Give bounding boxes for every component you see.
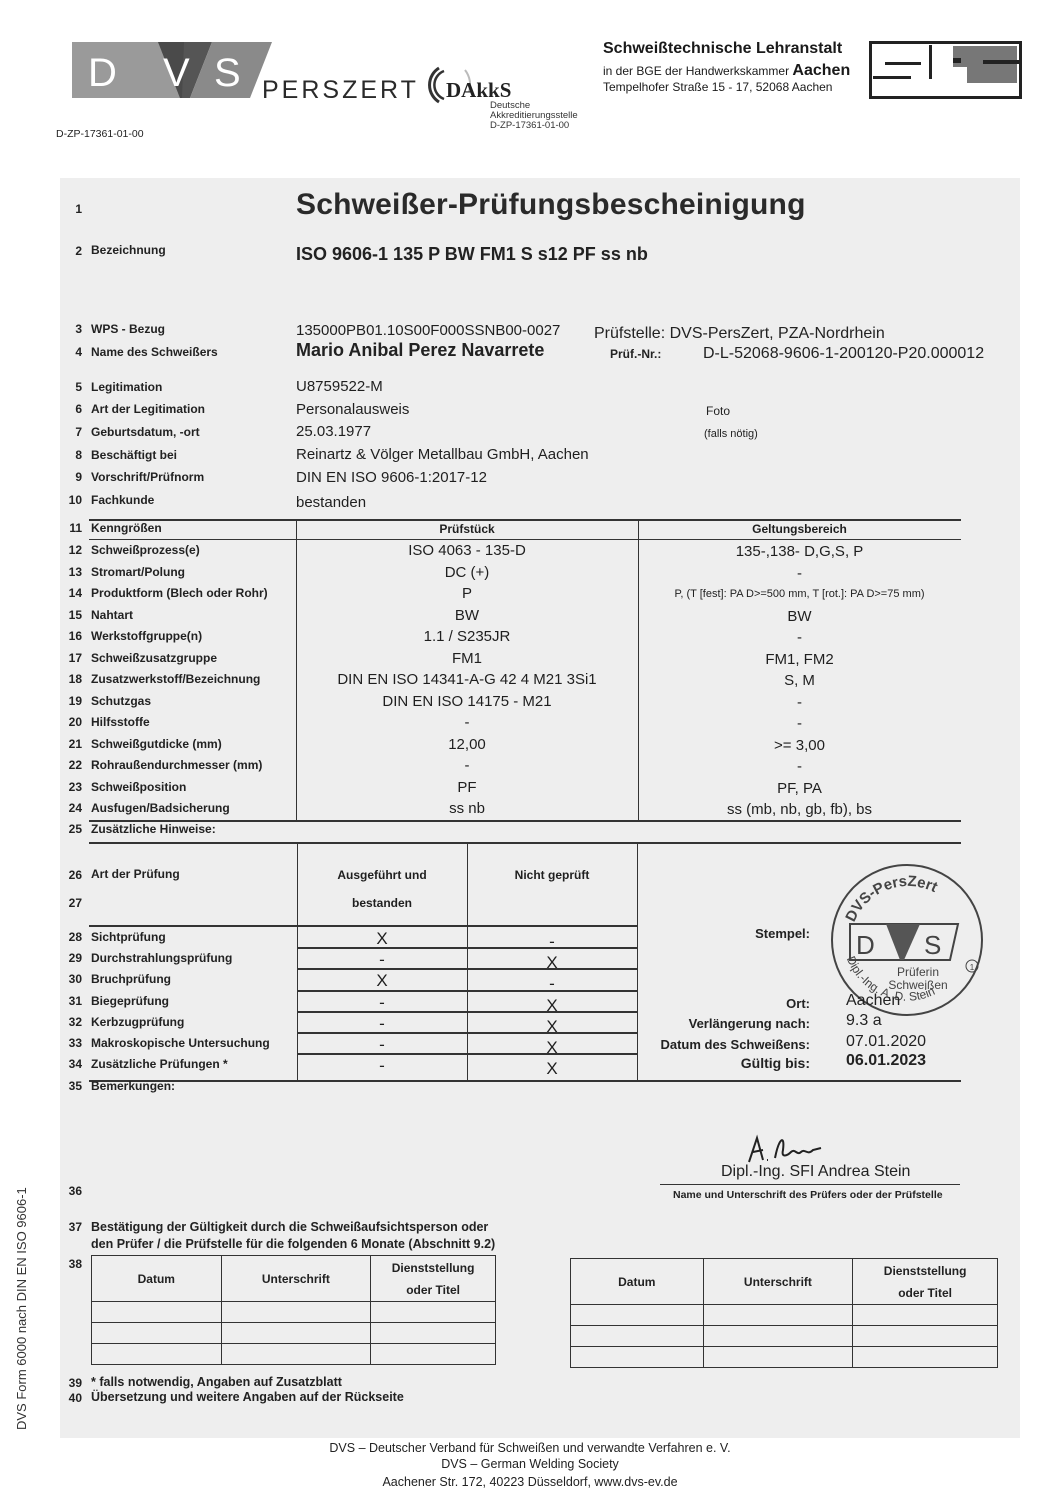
- table-row: [92, 1302, 496, 1323]
- test-piece-value: ISO 4063 - 135-D: [296, 542, 638, 559]
- range-value: BW: [638, 608, 961, 625]
- row-number: 38: [62, 1257, 82, 1271]
- test-piece-value: PF: [296, 779, 638, 796]
- date-cell[interactable]: [92, 1344, 222, 1365]
- svg-text:Prüferin: Prüferin: [897, 965, 939, 979]
- row-number: 33: [62, 1036, 82, 1050]
- footer-address: Aachener Str. 172, 40223 Düsseldorf, www…: [0, 1475, 1060, 1489]
- row-number: 13: [62, 565, 82, 579]
- divider: [89, 925, 297, 927]
- test-type-label: Kerbzugprüfung: [91, 1015, 184, 1029]
- not-tested-mark: X: [467, 1038, 637, 1058]
- test-number-label: Prüf.-Nr.:: [610, 347, 661, 361]
- test-piece-value: DIN EN ISO 14175 - M21: [296, 693, 638, 710]
- not-tested-mark: -: [467, 932, 637, 952]
- test-piece-value: FM1: [296, 650, 638, 667]
- photo-label: Foto: [706, 404, 730, 418]
- row-number: 3: [62, 322, 82, 336]
- footnote-additional-sheet: * falls notwendig, Angaben auf Zusatzbla…: [91, 1375, 342, 1389]
- position-cell[interactable]: [371, 1302, 496, 1323]
- divider: [297, 925, 637, 927]
- divider: [297, 947, 637, 949]
- divider: [89, 519, 961, 521]
- signature-cell[interactable]: [703, 1347, 853, 1368]
- test-type-label: Durchstrahlungsprüfung: [91, 951, 232, 965]
- row-number: 20: [62, 715, 82, 729]
- field-value: Reinartz & Völger Metallbau GmbH, Aachen: [296, 446, 589, 463]
- field-label: Geburtsdatum, -ort: [91, 425, 200, 439]
- range-value: -: [638, 715, 961, 732]
- divider: [89, 842, 961, 844]
- row-number: 16: [62, 629, 82, 643]
- row-number: 7: [62, 425, 82, 439]
- institute-subtitle: in der BGE der Handwerkskammer Aachen: [603, 62, 850, 80]
- range-value: 135-,138- D,G,S, P: [638, 543, 961, 560]
- row-number: 10: [62, 493, 82, 507]
- photo-note: (falls nötig): [704, 428, 758, 440]
- column-header-signature: Unterschrift: [703, 1259, 853, 1305]
- test-type-label: Bruchprüfung: [91, 972, 171, 986]
- date-cell[interactable]: [571, 1326, 704, 1347]
- field-value: DIN EN ISO 9606-1:2017-12: [296, 469, 487, 486]
- signature-cell[interactable]: [221, 1323, 371, 1344]
- column-header-passed-line2: bestanden: [297, 896, 467, 910]
- column-header-test-piece: Prüfstück: [296, 522, 638, 536]
- test-piece-value: -: [296, 714, 638, 731]
- field-label: Fachkunde: [91, 493, 154, 507]
- valid-until-label: Gültig bis:: [741, 1055, 810, 1071]
- row-number: 2: [62, 244, 82, 258]
- not-tested-mark: X: [467, 953, 637, 973]
- weld-date-value: 07.01.2020: [846, 1033, 926, 1051]
- row-number: 6: [62, 402, 82, 416]
- test-number: D-L-52068-9606-1-200120-P20.000012: [703, 345, 984, 363]
- parameter-label: Schweißzusatzgruppe: [91, 651, 217, 665]
- footnote-translation: Übersetzung und weitere Angaben auf der …: [91, 1390, 404, 1404]
- divider: [89, 1080, 961, 1082]
- test-piece-value: DIN EN ISO 14341-A-G 42 4 M21 3Si1: [296, 671, 638, 688]
- parameter-label: Schweißposition: [91, 780, 186, 794]
- row-number: 37: [62, 1220, 82, 1234]
- dakks-logo: DAkkS Deutsche Akkreditierungsstelle D-Z…: [425, 62, 595, 142]
- date-cell[interactable]: [571, 1347, 704, 1368]
- form-reference: DVS Form 6000 nach DIN EN ISO 9606-1: [14, 1187, 29, 1430]
- row-number: 28: [62, 930, 82, 944]
- confirmation-table-left: Datum Unterschrift Dienststellungoder Ti…: [91, 1255, 496, 1365]
- additional-notes-label: Zusätzliche Hinweise:: [91, 822, 216, 836]
- passed-mark: -: [297, 950, 467, 970]
- date-cell[interactable]: [92, 1323, 222, 1344]
- divider: [297, 1053, 637, 1055]
- row-number: 36: [62, 1184, 82, 1198]
- signature-line: [660, 1184, 960, 1185]
- field-value: 25.03.1977: [296, 423, 371, 440]
- field-label: Legitimation: [91, 380, 162, 394]
- handwritten-signature: [745, 1128, 825, 1168]
- test-type-label: Zusätzliche Prüfungen *: [91, 1057, 228, 1071]
- table-row: [92, 1323, 496, 1344]
- passed-mark: X: [297, 929, 467, 949]
- signature-cell[interactable]: [703, 1305, 853, 1326]
- row-number: 19: [62, 694, 82, 708]
- row-number: 25: [62, 822, 82, 836]
- row-number: 27: [62, 896, 82, 910]
- parameter-label: Schweißgutdicke (mm): [91, 737, 222, 751]
- divider: [297, 1032, 637, 1034]
- row-number: 18: [62, 672, 82, 686]
- parameter-label: Ausfugen/Badsicherung: [91, 801, 230, 815]
- test-body: Prüfstelle: DVS-PersZert, PZA-Nordrhein: [594, 325, 885, 343]
- place-value: Aachen: [846, 992, 900, 1010]
- range-value: P, (T [fest]: PA D>=500 mm, T [rot.]: PA…: [638, 588, 961, 600]
- row-number: 4: [62, 345, 82, 359]
- field-value: 135000PB01.10S00F000SSNB00-0027: [296, 322, 560, 339]
- institute-title: Schweißtechnische Lehranstalt: [603, 40, 842, 58]
- page-title: Schweißer-Prüfungsbescheinigung: [296, 188, 806, 222]
- passed-mark: X: [297, 971, 467, 991]
- row-number: 39: [62, 1376, 82, 1390]
- range-value: >= 3,00: [638, 737, 961, 754]
- column-header-not-tested: Nicht geprüft: [467, 868, 637, 882]
- parameter-label: Werkstoffgruppe(n): [91, 629, 202, 643]
- confirmation-table-right: Datum Unterschrift Dienststellungoder Ti…: [570, 1258, 998, 1368]
- row-number: 22: [62, 758, 82, 772]
- range-value: -: [638, 565, 961, 582]
- position-cell[interactable]: [853, 1326, 998, 1347]
- designation-value: ISO 9606-1 135 P BW FM1 S s12 PF ss nb: [296, 244, 648, 265]
- range-value: S, M: [638, 672, 961, 689]
- range-value: -: [638, 758, 961, 775]
- passed-mark: -: [297, 1035, 467, 1055]
- row-number: 15: [62, 608, 82, 622]
- parameter-label: Nahtart: [91, 608, 133, 622]
- divider: [89, 820, 961, 822]
- parameter-label: Schweißprozess(e): [91, 543, 200, 557]
- row-number: 1: [62, 202, 82, 216]
- range-value: ss (mb, nb, gb, fb), bs: [638, 801, 961, 818]
- column-header-position: Dienststellungoder Titel: [853, 1259, 998, 1305]
- slac-logo: [869, 41, 1022, 99]
- row-number: 32: [62, 1015, 82, 1029]
- test-type-label: Biegeprüfung: [91, 994, 169, 1008]
- signature-cell[interactable]: [703, 1326, 853, 1347]
- row-number: 26: [62, 868, 82, 882]
- svg-text:V: V: [163, 51, 190, 95]
- test-piece-value: ss nb: [296, 800, 638, 817]
- test-type-label: Sichtprüfung: [91, 930, 166, 944]
- test-piece-value: 1.1 / S235JR: [296, 628, 638, 645]
- table-row: [92, 1344, 496, 1365]
- divider: [297, 1011, 637, 1013]
- test-piece-value: DC (+): [296, 564, 638, 581]
- column-header-date: Datum: [571, 1259, 704, 1305]
- test-piece-value: 12,00: [296, 736, 638, 753]
- row-number: 30: [62, 972, 82, 986]
- not-tested-mark: X: [467, 1059, 637, 1079]
- field-value: bestanden: [296, 494, 366, 511]
- parameter-label: Produktform (Blech oder Rohr): [91, 586, 268, 600]
- parameter-label: Zusatzwerkstoff/Bezeichnung: [91, 672, 260, 686]
- row-number: 11: [62, 521, 82, 535]
- row-number: 5: [62, 380, 82, 394]
- field-label: Beschäftigt bei: [91, 448, 177, 462]
- row-number: 21: [62, 737, 82, 751]
- field-label: Vorschrift/Prüfnorm: [91, 470, 204, 484]
- parameter-label: Rohraußendurchmesser (mm): [91, 758, 262, 772]
- parameter-label: Stromart/Polung: [91, 565, 185, 579]
- footer-org-en: DVS – German Welding Society: [0, 1457, 1060, 1471]
- range-value: -: [638, 694, 961, 711]
- column-header-test-type: Art der Prüfung: [91, 867, 180, 881]
- range-value: FM1, FM2: [638, 651, 961, 668]
- passed-mark: -: [297, 1056, 467, 1076]
- position-cell[interactable]: [853, 1347, 998, 1368]
- range-value: -: [638, 629, 961, 646]
- signature-cell[interactable]: [221, 1302, 371, 1323]
- parameter-label: Schutzgas: [91, 694, 151, 708]
- position-cell[interactable]: [853, 1305, 998, 1326]
- signature-caption: Name und Unterschrift des Prüfers oder d…: [673, 1189, 943, 1201]
- svg-text:S: S: [214, 51, 241, 95]
- accreditation-number: D-ZP-17361-01-00: [56, 128, 144, 140]
- test-piece-value: P: [296, 585, 638, 602]
- remarks-label: Bemerkungen:: [91, 1079, 175, 1093]
- field-value: Personalausweis: [296, 401, 409, 418]
- position-cell[interactable]: [371, 1344, 496, 1365]
- confirmation-text: Bestätigung der Gültigkeit durch die Sch…: [91, 1219, 495, 1253]
- column-header-range: Geltungsbereich: [638, 522, 961, 536]
- institute-address: Tempelhofer Straße 15 - 17, 52068 Aachen: [603, 80, 832, 94]
- column-header-parameter: Kenngrößen: [91, 521, 162, 535]
- column-header-position: Dienststellungoder Titel: [371, 1256, 496, 1302]
- svg-text:DVS-PersZert: DVS-PersZert: [842, 873, 940, 925]
- weld-date-label: Datum des Schweißens:: [660, 1037, 810, 1052]
- welder-name: Mario Anibal Perez Navarrete: [296, 340, 544, 361]
- date-cell[interactable]: [92, 1302, 222, 1323]
- svg-text:S: S: [924, 930, 941, 960]
- designation-label: Bezeichnung: [91, 243, 166, 257]
- row-number: 14: [62, 586, 82, 600]
- position-cell[interactable]: [371, 1323, 496, 1344]
- row-number: 23: [62, 780, 82, 794]
- row-number: 34: [62, 1057, 82, 1071]
- field-value: U8759522-M: [296, 378, 383, 395]
- divider: [297, 990, 637, 992]
- column-header-passed: Ausgeführt und: [297, 868, 467, 882]
- table-row: [571, 1305, 998, 1326]
- row-number: 31: [62, 994, 82, 1008]
- test-piece-value: BW: [296, 607, 638, 624]
- svg-text:D: D: [88, 51, 117, 95]
- passed-mark: -: [297, 993, 467, 1013]
- svg-text:D: D: [856, 930, 875, 960]
- test-type-label: Makroskopische Untersuchung: [91, 1036, 270, 1050]
- date-cell[interactable]: [571, 1305, 704, 1326]
- column-header-signature: Unterschrift: [221, 1256, 371, 1302]
- row-number: 29: [62, 951, 82, 965]
- row-number: 8: [62, 448, 82, 462]
- table-row: [571, 1326, 998, 1347]
- signature-cell[interactable]: [221, 1344, 371, 1365]
- footer-org-de: DVS – Deutscher Verband für Schweißen un…: [0, 1441, 1060, 1455]
- not-tested-mark: X: [467, 1017, 637, 1037]
- perszert-wordmark: PERSZERT: [262, 76, 419, 105]
- valid-until-value: 06.01.2023: [846, 1052, 926, 1070]
- field-label: WPS - Bezug: [91, 322, 165, 336]
- row-number: 24: [62, 801, 82, 815]
- divider: [89, 539, 961, 540]
- field-label: Name des Schweißers: [91, 345, 218, 359]
- row-number: 17: [62, 651, 82, 665]
- place-label: Ort:: [786, 996, 810, 1011]
- test-piece-value: -: [296, 757, 638, 774]
- row-number: 9: [62, 470, 82, 484]
- stamp-label: Stempel:: [755, 926, 810, 941]
- row-number: 12: [62, 543, 82, 557]
- dvs-logo: D V S: [72, 42, 272, 98]
- examiner-name: Dipl.-Ing. SFI Andrea Stein: [721, 1163, 910, 1181]
- divider: [297, 968, 637, 970]
- dakks-subtitle: Deutsche Akkreditierungsstelle D-ZP-1736…: [490, 101, 578, 131]
- svg-text:1: 1: [970, 963, 975, 972]
- row-number: 40: [62, 1391, 82, 1405]
- range-value: PF, PA: [638, 780, 961, 797]
- passed-mark: -: [297, 1014, 467, 1034]
- extension-label: Verlängerung nach:: [689, 1016, 810, 1031]
- not-tested-mark: X: [467, 996, 637, 1016]
- table-row: [571, 1347, 998, 1368]
- column-header-date: Datum: [92, 1256, 222, 1302]
- row-number: 35: [62, 1079, 82, 1093]
- extension-value: 9.3 a: [846, 1012, 882, 1030]
- field-label: Art der Legitimation: [91, 402, 205, 416]
- parameter-label: Hilfsstoffe: [91, 715, 150, 729]
- divider: [637, 842, 638, 1082]
